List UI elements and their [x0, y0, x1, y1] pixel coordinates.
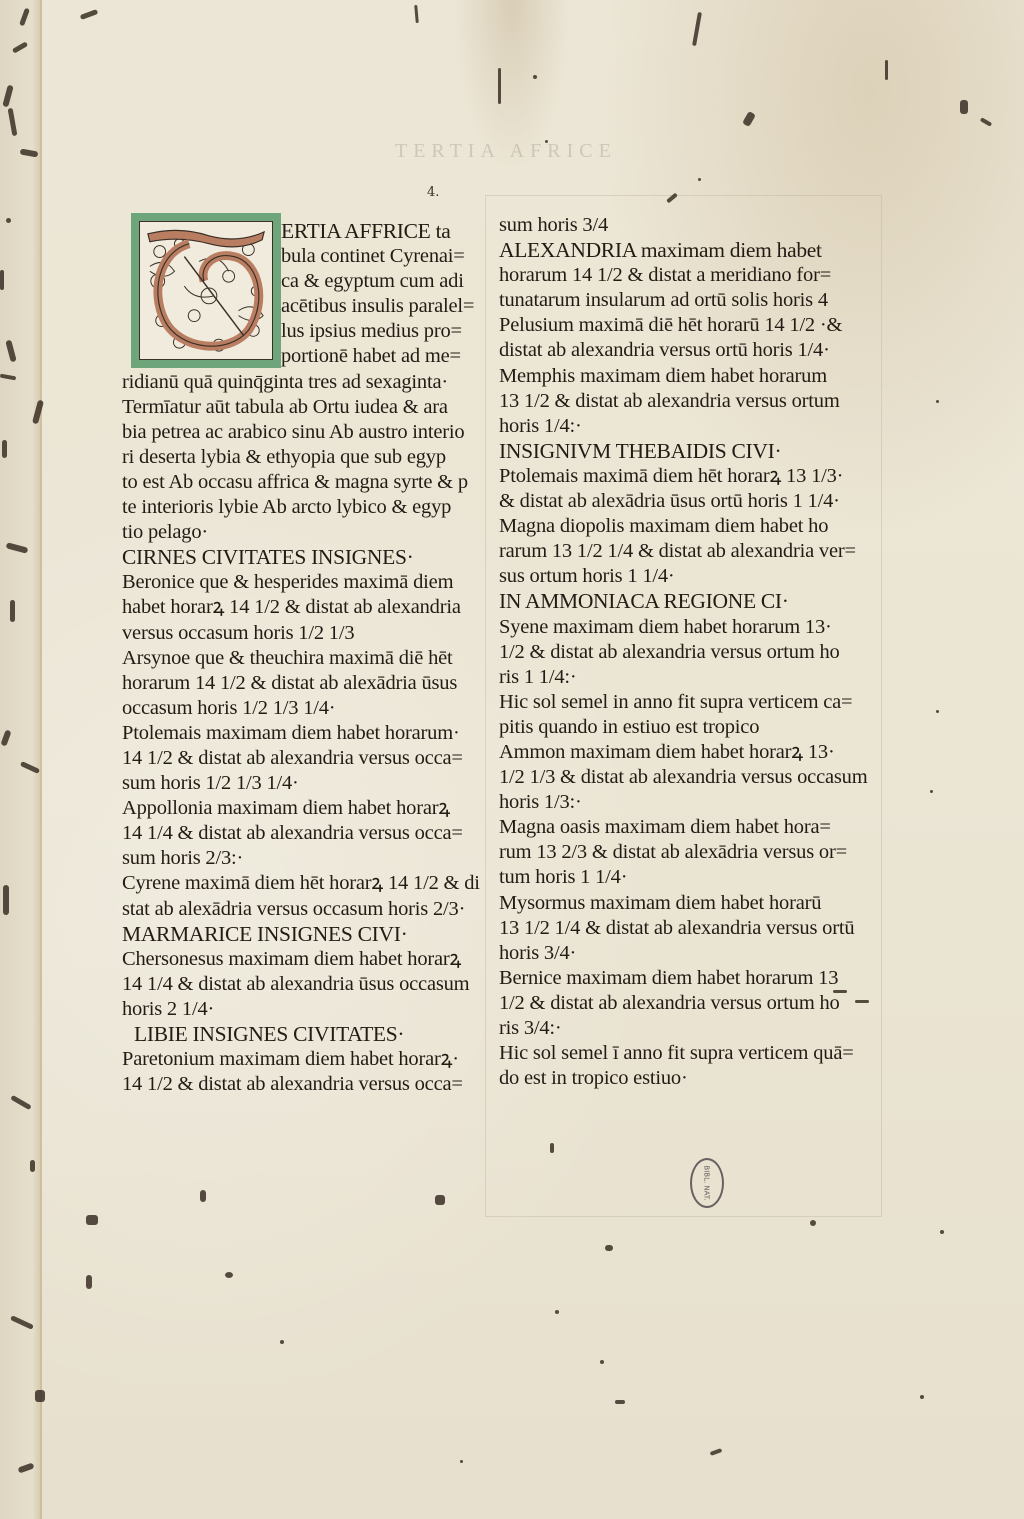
text-line: horarum 14 1/2 & distat a meridiano for= — [499, 263, 854, 288]
right-text-column: sum horis 3/4 ALEXANDRIA maximam diem ha… — [499, 213, 854, 1091]
text-line: Memphis maximam diem habet horarum — [499, 364, 854, 389]
binding-gutter — [0, 0, 40, 1519]
text-line: Magna diopolis maximam diem habet ho — [499, 514, 854, 539]
text-line: ris 3/4:· — [499, 1016, 854, 1041]
library-stamp: BIBL. NAT. — [690, 1158, 724, 1208]
text-line: portionē habet ad me= — [122, 344, 467, 369]
text-line: Beronice que & hesperides maximā diem — [122, 570, 467, 595]
text-line: & distat ab alexādria ūsus ortū horis 1 … — [499, 489, 854, 514]
text-line: Pelusium maximā diē hēt horarū 14 1/2 ·& — [499, 313, 854, 338]
text-line: 14 1/2 & distat ab alexandria versus occ… — [122, 1072, 467, 1097]
text-line: bula continet Cyrenai= — [122, 244, 467, 269]
text-line: Syene maximam diem habet horarum 13· — [499, 615, 854, 640]
signature-mark: 4. — [427, 185, 439, 200]
text-line: 14 1/4 & distat ab alexandria versus occ… — [122, 821, 467, 846]
text-line: Arsynoe que & theuchira maximā diē hēt — [122, 646, 467, 671]
text-line: te interioris lybie Ab arcto lybico & eg… — [122, 495, 467, 520]
text-line: Bernice maximam diem habet horarum 13 — [499, 966, 854, 991]
text-line: ca & egyptum cum adi — [122, 269, 467, 294]
text-line: Paretonium maximam diem habet horarꝝ· — [122, 1047, 467, 1072]
text-line: sum horis 2/3:· — [122, 846, 467, 871]
text-line: habet horarꝝ 14 1/2 & distat ab alexandr… — [122, 595, 467, 620]
text-line: tum horis 1 1/4· — [499, 865, 854, 890]
text-line: Cyrene maximā diem hēt horarꝝ 14 1/2 & d… — [122, 871, 467, 896]
text-line: Hic sol semel in anno fit supra verticem… — [499, 690, 854, 715]
text-line: 14 1/4 & distat ab alexandria ūsus occas… — [122, 972, 467, 997]
text-line: rum 13 2/3 & distat ab alexādria versus … — [499, 840, 854, 865]
section-heading: LIBIE INSIGNES CIVITATES· — [122, 1022, 467, 1047]
text-line: sum horis 3/4 — [499, 213, 854, 238]
text-line: distat ab alexandria versus ortū horis 1… — [499, 338, 854, 363]
scanned-page: TERTIA AFRICE — [0, 0, 1024, 1519]
text-line: lus ipsius medius pro= — [122, 319, 467, 344]
text-line: horis 1/4:· — [499, 414, 854, 439]
text-line: Ptolemais maximā diem hēt horarꝝ 13 1/3· — [499, 464, 854, 489]
text-line: rarum 13 1/2 1/4 & distat ab alexandria … — [499, 539, 854, 564]
text-line: 14 1/2 & distat ab alexandria versus occ… — [122, 746, 467, 771]
text-line: Hic sol semel ī anno fit supra verticem … — [499, 1041, 854, 1066]
library-stamp-text: BIBL. NAT. — [703, 1165, 711, 1200]
text-line: sus ortum horis 1 1/4· — [499, 564, 854, 589]
text-line: pitis quando in estiuo est tropico — [499, 715, 854, 740]
left-text-column: ERTIA AFFRICE ta bula continet Cyrenai= … — [122, 219, 467, 1097]
text-line: Appollonia maximam diem habet horarꝝ — [122, 796, 467, 821]
gutter-fold-line — [40, 0, 42, 1519]
text-line: ri deserta lybia & ethyopia que sub egyp — [122, 445, 467, 470]
text-line: tunatarum insularum ad ortū solis horis … — [499, 288, 854, 313]
text-line: 1/2 & distat ab alexandria versus ortum … — [499, 991, 854, 1016]
text-line: Termīatur aūt tabula ab Ortu iudea & ara — [122, 395, 467, 420]
text-line: Ammon maximam diem habet horarꝝ 13· — [499, 740, 854, 765]
section-heading: MARMARICE INSIGNES CIVI· — [122, 922, 467, 947]
offset-show-through-text: TERTIA AFRICE — [395, 140, 617, 163]
text-line: Mysormus maximam diem habet horarū — [499, 891, 854, 916]
text-line: horarum 14 1/2 & distat ab alexādria ūsu… — [122, 671, 467, 696]
text-line: Ptolemais maximam diem habet horarum· — [122, 721, 467, 746]
section-heading: CIRNES CIVITATES INSIGNES· — [122, 545, 467, 570]
text-line: horis 1/3:· — [499, 790, 854, 815]
text-line: versus occasum horis 1/2 1/3 — [122, 621, 467, 646]
section-heading: INSIGNIVM THEBAIDIS CIVI· — [499, 439, 854, 464]
text-line: horis 2 1/4· — [122, 997, 467, 1022]
text-line: horis 3/4· — [499, 941, 854, 966]
text-line: ERTIA AFFRICE ta — [122, 219, 467, 244]
section-heading: ALEXANDRIA maximam diem habet — [499, 238, 854, 263]
text-line: 1/2 & distat ab alexandria versus ortum … — [499, 640, 854, 665]
text-line: ris 1 1/4:· — [499, 665, 854, 690]
text-line: sum horis 1/2 1/3 1/4· — [122, 771, 467, 796]
text-line: occasum horis 1/2 1/3 1/4· — [122, 696, 467, 721]
section-heading: IN AMMONIACA REGIONE CI· — [499, 589, 854, 614]
text-line: acētibus insulis paralel= — [122, 294, 467, 319]
text-line: Chersonesus maximam diem habet horarꝝ — [122, 947, 467, 972]
text-line: 13 1/2 & distat ab alexandria versus ort… — [499, 389, 854, 414]
text-line: bia petrea ac arabico sinu Ab austro int… — [122, 420, 467, 445]
text-line: 1/2 1/3 & distat ab alexandria versus oc… — [499, 765, 854, 790]
text-line: to est Ab occasu affrica & magna syrte &… — [122, 470, 467, 495]
text-line: tio pelago· — [122, 520, 467, 545]
text-line: do est in tropico estiuo· — [499, 1066, 854, 1091]
text-line: Magna oasis maximam diem habet hora= — [499, 815, 854, 840]
text-line: stat ab alexādria versus occasum horis 2… — [122, 897, 467, 922]
text-line: 13 1/2 1/4 & distat ab alexandria versus… — [499, 916, 854, 941]
text-line: ridianū quā quinq̄ginta tres ad sexagint… — [122, 370, 467, 395]
